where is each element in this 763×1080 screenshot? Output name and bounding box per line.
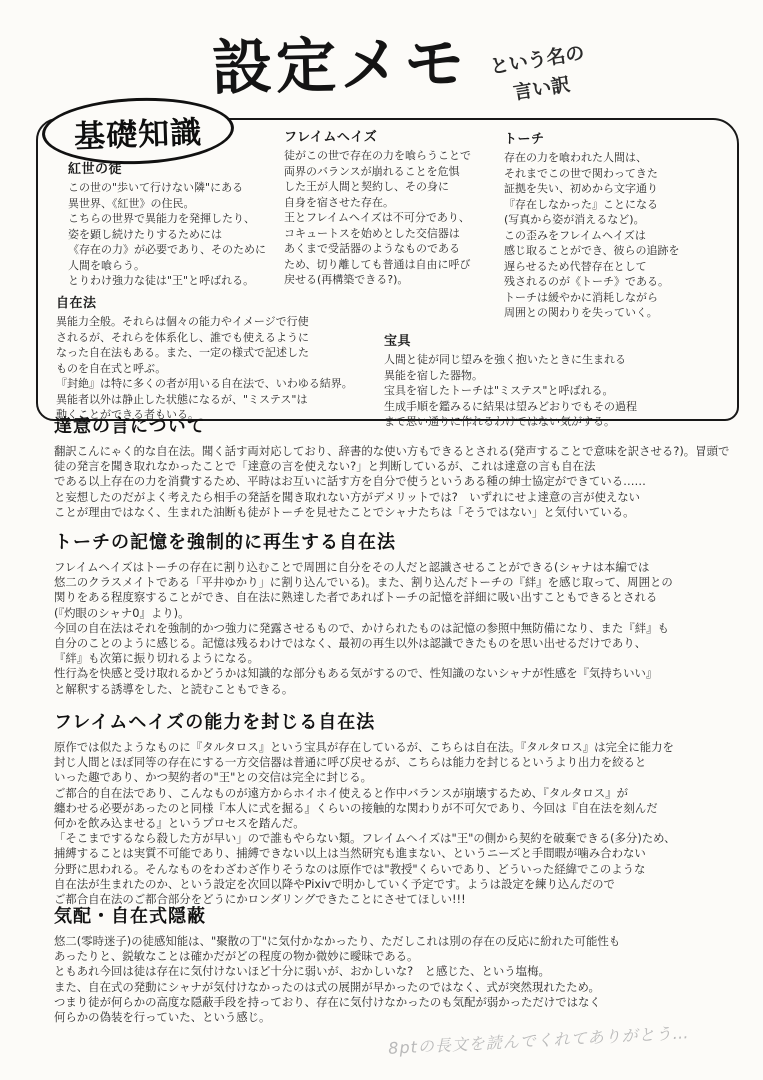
block-heading: トーチ	[504, 128, 734, 147]
handwritten-footnote: 8ptの長文を読んでくれてありがとう…	[388, 1020, 690, 1059]
basics-block-hougu: 宝具 人間と徒が同じ望みを強く抱いたときに生まれる 異能を宿した器物。 宝具を宿…	[384, 330, 684, 430]
section-heading: 気配・自在式隠蔽	[54, 902, 730, 928]
block-heading: フレイムヘイズ	[284, 126, 519, 145]
section-heading: トーチの記憶を強制的に再生する自在法	[54, 528, 730, 554]
section-torch-memory-replay: トーチの記憶を強制的に再生する自在法 フレイムヘイズはトーチの存在に割り込むこと…	[54, 528, 730, 697]
page-title-suffix: という名の 言い訳	[488, 39, 591, 110]
block-body: 異能力全般。それらは個々の能力やイメージで行使 されるが、それらを体系化し、誰で…	[56, 314, 391, 423]
block-body: 存在の力を喰われた人間は、 それまでこの世で関わってきた 証拠を失い、初めから文…	[504, 150, 734, 321]
section-body: 翻訳こんにゃく的な自在法。聞く話す両対応しており、辞書的な使い方もできるとされる…	[54, 444, 730, 520]
section-body: 悠二(零時迷子)の徒感知能は、"聚散の丁"に気付かなかったり、ただしこれは別の存…	[54, 934, 730, 1025]
block-body: 人間と徒が同じ望みを強く抱いたときに生まれる 異能を宿した器物。 宝具を宿したト…	[384, 352, 684, 430]
basics-block-guze-no-tomogara: 紅世の徒 この世の"歩いて行けない隣"にある 異世界、《紅世》の住民。 こちらの…	[68, 158, 298, 289]
section-presence-concealment: 気配・自在式隠蔽 悠二(零時迷子)の徒感知能は、"聚散の丁"に気付かなかったり、…	[54, 902, 730, 1025]
document-page: 設定メモ という名の 言い訳 基礎知識 紅世の徒 この世の"歩いて行けない隣"に…	[0, 0, 763, 1080]
block-body: この世の"歩いて行けない隣"にある 異世界、《紅世》の住民。 こちらの世界で異能…	[68, 180, 298, 289]
block-heading: 宝具	[384, 330, 684, 349]
block-heading: 自在法	[56, 292, 391, 311]
basics-block-flame-haze: フレイムヘイズ 徒がこの世で存在の力を喰らうことで 両界のバランスが崩れることを…	[284, 126, 519, 288]
basics-block-torch: トーチ 存在の力を喰われた人間は、 それまでこの世で関わってきた 証拠を失い、初…	[504, 128, 734, 321]
section-sealing-flame-haze-power: フレイムヘイズの能力を封じる自在法 原作では似たようなものに『タルタロス』という…	[54, 708, 730, 907]
page-title: 設定メモ	[211, 15, 469, 106]
basics-label: 基礎知識	[73, 106, 202, 155]
block-body: 徒がこの世で存在の力を喰らうことで 両界のバランスが崩れることを危惧 した王が人…	[284, 148, 519, 288]
section-heading: フレイムヘイズの能力を封じる自在法	[54, 708, 730, 734]
section-body: 原作では似たようなものに『タルタロス』という宝具が存在しているが、こちらは自在法…	[54, 740, 730, 907]
section-body: フレイムヘイズはトーチの存在に割り込むことで周囲に自分をその人だと認識させること…	[54, 560, 730, 697]
basics-block-jizaihou: 自在法 異能力全般。それらは個々の能力やイメージで行使 されるが、それらを体系化…	[56, 292, 391, 423]
